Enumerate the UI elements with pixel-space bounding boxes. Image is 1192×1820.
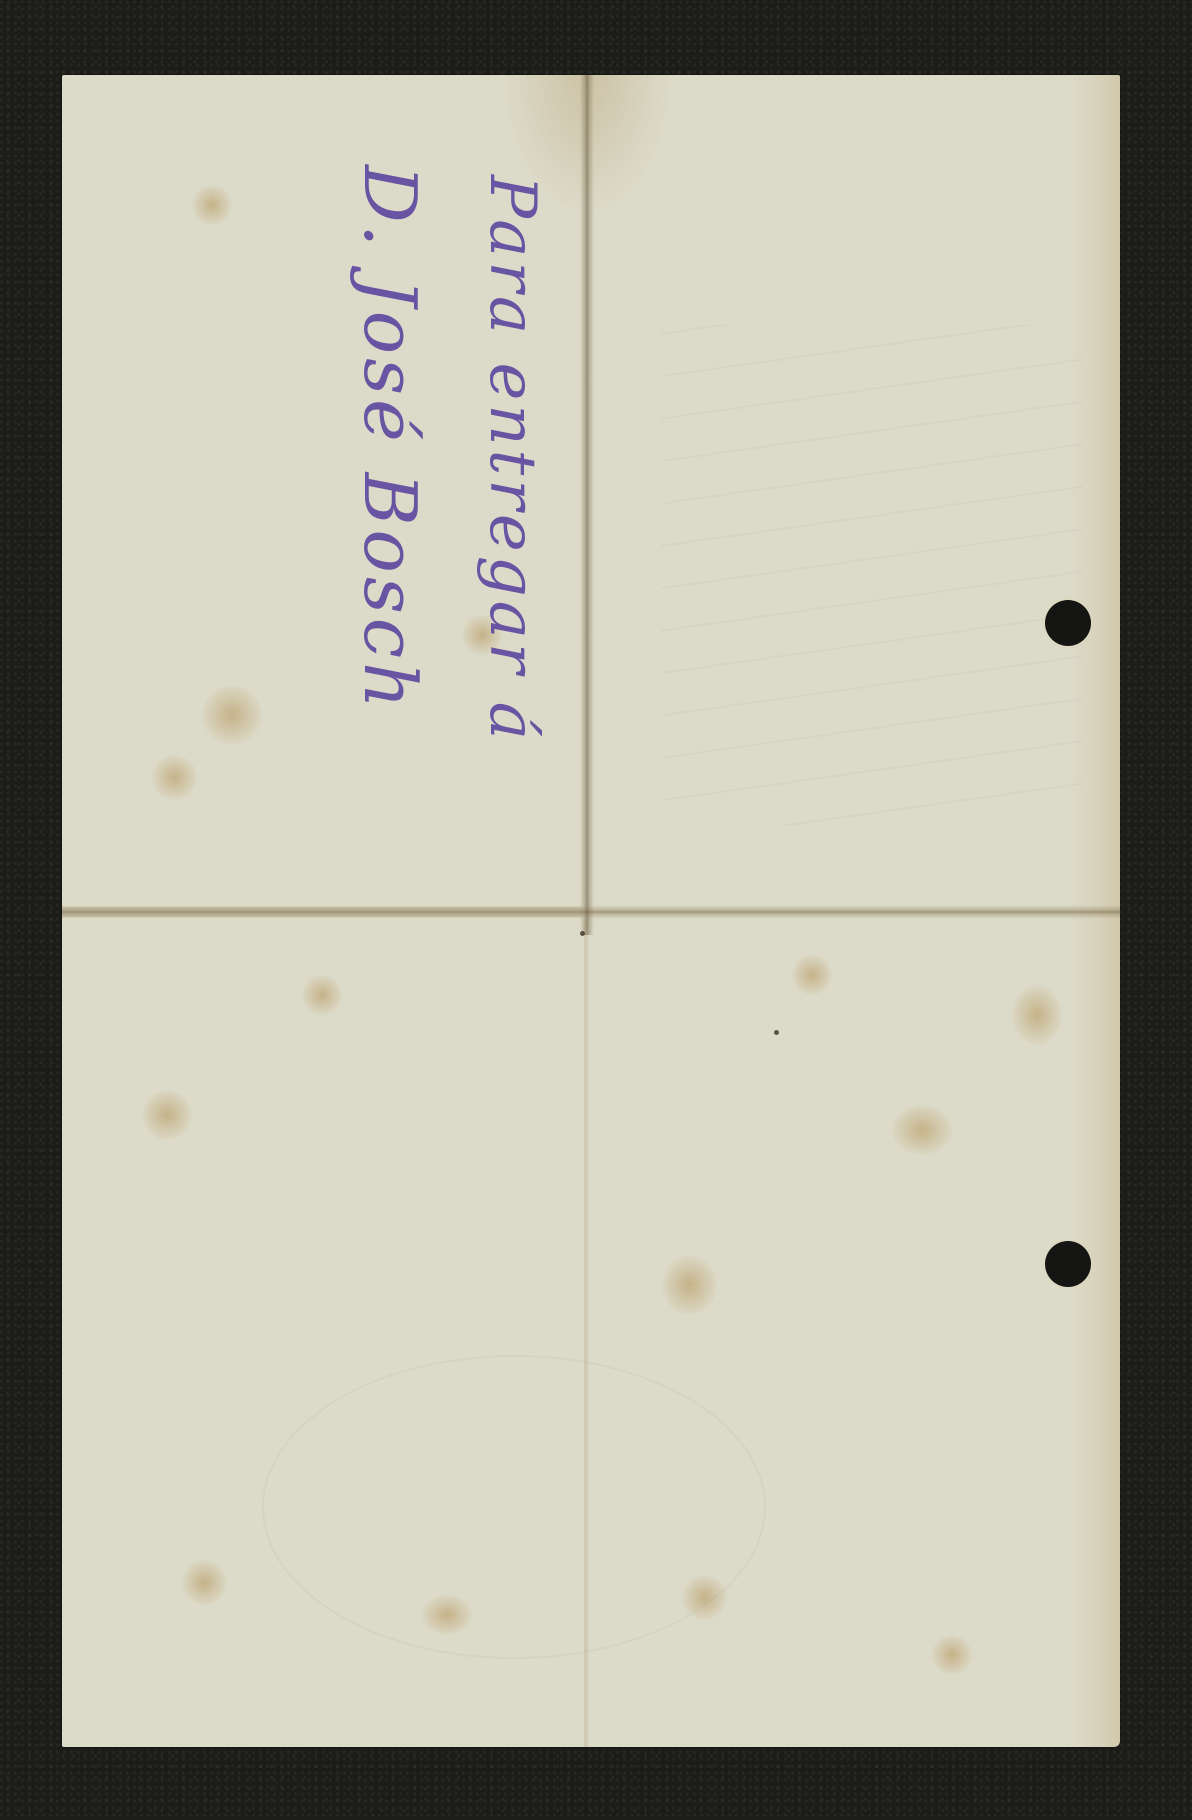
foxing-stain <box>932 1635 972 1675</box>
letter-page: Para entregar á D. José Bosch <box>62 75 1120 1747</box>
foxing-stain <box>892 1105 952 1155</box>
vertical-fold-line-lower <box>584 920 588 1747</box>
foxing-stain <box>792 955 832 995</box>
foxing-stain <box>152 755 197 800</box>
address-line-2-recipient: D. José Bosch <box>354 165 426 725</box>
foxing-stain <box>182 1560 227 1605</box>
ink-speck <box>774 1030 779 1035</box>
punch-hole-bottom <box>1045 1241 1091 1287</box>
foxing-stain <box>302 975 342 1015</box>
horizontal-fold-line-left <box>62 907 582 917</box>
foxing-stain <box>192 185 232 225</box>
vertical-fold-line <box>580 75 594 935</box>
foxing-stain <box>1012 985 1062 1045</box>
foxing-stain <box>202 685 262 745</box>
foxing-stain <box>662 1255 717 1315</box>
address-line-1: Para entregar á <box>480 175 544 725</box>
foxing-stain <box>142 1090 192 1140</box>
ink-speck <box>580 931 585 936</box>
ink-bleed-through <box>662 325 1082 825</box>
ink-bleed-through-flourish <box>262 1355 766 1659</box>
handwritten-address: Para entregar á D. José Bosch <box>292 165 552 725</box>
punch-hole-top <box>1045 600 1091 646</box>
